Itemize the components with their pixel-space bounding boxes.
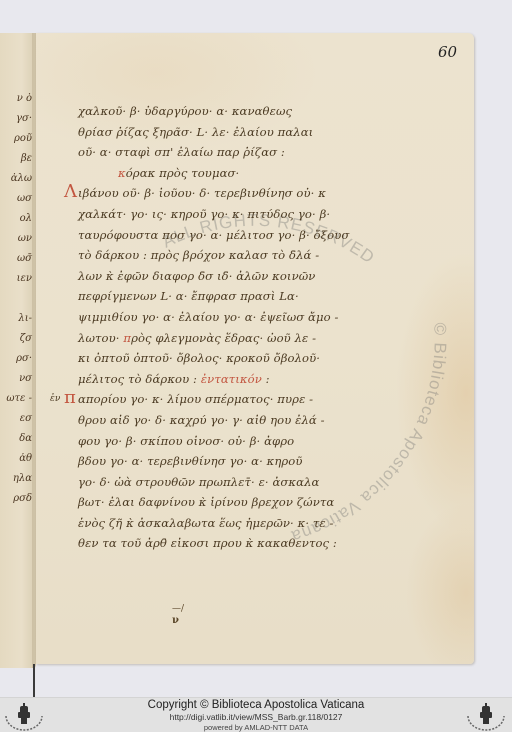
rubric-letter: π <box>123 331 131 345</box>
line-text: λωτου· <box>78 331 123 345</box>
left-page-line: ολ <box>0 213 34 233</box>
line-text: θρου αἰδ γο· δ· καχρύ γο· γ· αἰθ ηου ἐλά… <box>78 413 325 427</box>
manuscript-line: ἑνὸς ζῆ κ̀ ἀσκαλαβωτα ἕως ἡμερῶν· κ· τε … <box>78 513 378 534</box>
left-page-line: ν ὁ <box>0 93 34 113</box>
line-text: τὸ δάρκου : πρὸς βρόχον καλασ τὸ δ̄λά - <box>78 248 319 262</box>
left-page-line: ηλα <box>0 473 34 493</box>
line-text: βωτ· ἐλαι δαφνίνου κ̀ ἰρίνου βρεχον ζώντ… <box>78 495 334 509</box>
left-page-line: ἀλω <box>0 173 34 193</box>
manuscript-line: θρου αἰδ γο· δ· καχρύ γο· γ· αἰθ ηου ἐλά… <box>78 410 378 431</box>
left-page-line: ἀθ <box>0 453 34 473</box>
line-text: ψιμμιθίου γο· α· ἐλαίου γο· α· ἐψεῖωσ ἄμ… <box>78 310 339 324</box>
manuscript-line: πεφρίγμενων L· α· ἔπφρασ πρασὶ Lα· <box>78 286 378 307</box>
line-text: οῦ· α· σταφὶ σπ' ἐλαίω παρ ῥίζασ : <box>78 145 285 159</box>
manuscript-line: βδου γο· α· τερεβινθίνησ γο· α· κηροῦ <box>78 451 378 472</box>
line-text: απορίου γο· κ· λίμου σπέρματος· πυρε - <box>78 392 313 406</box>
line-text: χαλκάτ· γο· ις· κηροῦ γο· κ· πιτύδος γο·… <box>78 207 330 221</box>
manuscript-line: ἐνπαπορίου γο· κ· λίμου σπέρματος· πυρε … <box>78 389 378 410</box>
left-page-line: νσ <box>0 373 34 393</box>
powered-by-text: powered by AMLAD-NTT DATA <box>0 723 512 732</box>
line-text: λων κ̀ ἐφῶν διαφορ δ̄σ ιδ̄· ἀλῶν κοινῶν <box>78 269 315 283</box>
rubric-letter: κ <box>118 166 126 180</box>
folio-number: 60 <box>438 43 457 61</box>
line-text: φου γο· β· σκίπου οἰνοσ· οὐ· β· ἀφρο <box>78 434 294 448</box>
line-text: θρίασ ῥίζας ξηρᾶσ· L· λε· ἐλαίου παλαι <box>78 125 313 139</box>
line-text: : <box>262 372 270 386</box>
manuscript-line: οῦ· α· σταφὶ σπ' ἐλαίω παρ ῥίζασ : <box>78 142 378 163</box>
line-text: όρακ πρὸς τουμασ· <box>126 166 240 180</box>
left-page-line: λι- <box>0 313 34 333</box>
manuscript-line: ψιμμιθίου γο· α· ἐλαίου γο· α· ἐψεῖωσ ἄμ… <box>78 307 378 328</box>
margin-note: ἐν <box>50 389 61 410</box>
line-text: μέλιτος τὸ δάρκου : <box>78 372 201 386</box>
manuscript-text: χαλκοῦ· β· ὑδαργύρου· α· καναθεωςθρίασ ῥ… <box>78 101 378 554</box>
manuscript-line: βωτ· ἐλαι δαφνίνου κ̀ ἰρίνου βρεχον ζώντ… <box>78 492 378 513</box>
line-text: κι ὀπτοῦ ὀπτοῦ· ὄβολος· κροκοῦ ὄβολοῦ· <box>78 351 320 365</box>
line-text: ἑνὸς ζῆ κ̀ ἀσκαλαβωτα ἕως ἡμερῶν· κ· τε … <box>78 516 334 530</box>
line-text: πεφρίγμενων L· α· ἔπφρασ πρασὶ Lα· <box>78 289 299 303</box>
line-text: ταυρόφουστα ποσ γο· α· μέλιτοσ γο· β· ὄξ… <box>78 228 349 242</box>
left-page-line: ροῦ <box>0 133 34 153</box>
rubricated-initial: Λ <box>64 182 77 203</box>
manuscript-line: Λιβάνου οῦ· β· ἰοῦου· δ· τερεβινθίνησ οὐ… <box>78 183 378 204</box>
manuscript-line: κι ὀπτοῦ ὀπτοῦ· ὄβολος· κροκοῦ ὄβολοῦ· <box>78 348 378 369</box>
permalink-url[interactable]: http://digi.vatlib.it/view/MSS_Barb.gr.1… <box>0 712 512 722</box>
manuscript-line: τὸ δάρκου : πρὸς βρόχον καλασ τὸ δ̄λά - <box>78 245 378 266</box>
left-page-line: ωσ̄ <box>0 253 34 273</box>
left-page-line <box>0 293 34 313</box>
line-text: βδου γο· α· τερεβινθίνησ γο· α· κηροῦ <box>78 454 303 468</box>
line-text: θεν τα τοῦ ἀρθ̄ εἰκοσι πρου κ̀ κακαθεντο… <box>78 536 337 550</box>
manuscript-line: μέλιτος τὸ δάρκου : ἐντατικόν : <box>78 369 378 390</box>
left-page-line: γσ· <box>0 113 34 133</box>
manuscript-line: φου γο· β· σκίπου οἰνοσ· οὐ· β· ἀφρο <box>78 431 378 452</box>
left-page-edge: ν ὁγσ·ροῦβεἀλωωσολωνωσ̄ιενλι-ζσρσ·νσωτε … <box>0 33 36 668</box>
line-text: ιβάνου οῦ· β· ἰοῦου· δ· τερεβινθίνησ οὐ·… <box>78 186 326 200</box>
copyright-text: Copyright © Biblioteca Apostolica Vatica… <box>0 699 512 711</box>
vatican-library-logo-icon <box>464 700 508 731</box>
manuscript-page: ALL RIGHTS RESERVED © Biblioteca Apostol… <box>36 33 474 664</box>
manuscript-line: ταυρόφουστα ποσ γο· α· μέλιτοσ γο· β· ὄξ… <box>78 225 378 246</box>
manuscript-line: χαλκοῦ· β· ὑδαργύρου· α· καναθεως <box>78 101 378 122</box>
left-page-line: εσ <box>0 413 34 433</box>
manuscript-line: λων κ̀ ἐφῶν διαφορ δ̄σ ιδ̄· ἀλῶν κοινῶν <box>78 266 378 287</box>
left-page-line: ωτε - <box>0 393 34 413</box>
spine-line <box>33 664 35 697</box>
line-text: χαλκοῦ· β· ὑδαργύρου· α· καναθεως <box>78 104 292 118</box>
left-page-line: ωσ <box>0 193 34 213</box>
copyright-footer: Copyright © Biblioteca Apostolica Vatica… <box>0 697 512 732</box>
line-text: ρὸς φλεγμονὰς ἕδρας· ὠοῦ λε - <box>131 331 316 345</box>
manuscript-line: κόρακ πρὸς τουμασ· <box>78 163 378 184</box>
quire-mark: —/ ν <box>172 603 184 627</box>
left-page-line: ρσδ <box>0 493 34 513</box>
left-page-line: ων <box>0 233 34 253</box>
manuscript-line: γο· δ· ὠὰ στρουθῶν πρωπλετ̄· ε· ἀσκαλα <box>78 472 378 493</box>
manuscript-line: χαλκάτ· γο· ις· κηροῦ γο· κ· πιτύδος γο·… <box>78 204 378 225</box>
left-page-line: ζσ <box>0 333 34 353</box>
rubricated-initial: π <box>64 388 76 409</box>
line-text: γο· δ· ὠὰ στρουθῶν πρωπλετ̄· ε· ἀσκαλα <box>78 475 319 489</box>
rubric-heading: ἐντατικόν <box>201 372 262 386</box>
manuscript-line: θρίασ ῥίζας ξηρᾶσ· L· λε· ἐλαίου παλαι <box>78 122 378 143</box>
left-page-line: ρσ· <box>0 353 34 373</box>
left-page-line: βε <box>0 153 34 173</box>
manuscript-line: θεν τα τοῦ ἀρθ̄ εἰκοσι πρου κ̀ κακαθεντο… <box>78 533 378 554</box>
image-viewer[interactable]: ν ὁγσ·ροῦβεἀλωωσολωνωσ̄ιενλι-ζσρσ·νσωτε … <box>0 0 512 697</box>
left-page-line: δα <box>0 433 34 453</box>
left-page-line: ιεν <box>0 273 34 293</box>
manuscript-line: λωτου· πρὸς φλεγμονὰς ἕδρας· ὠοῦ λε - <box>78 328 378 349</box>
left-page-text: ν ὁγσ·ροῦβεἀλωωσολωνωσ̄ιενλι-ζσρσ·νσωτε … <box>0 93 34 513</box>
